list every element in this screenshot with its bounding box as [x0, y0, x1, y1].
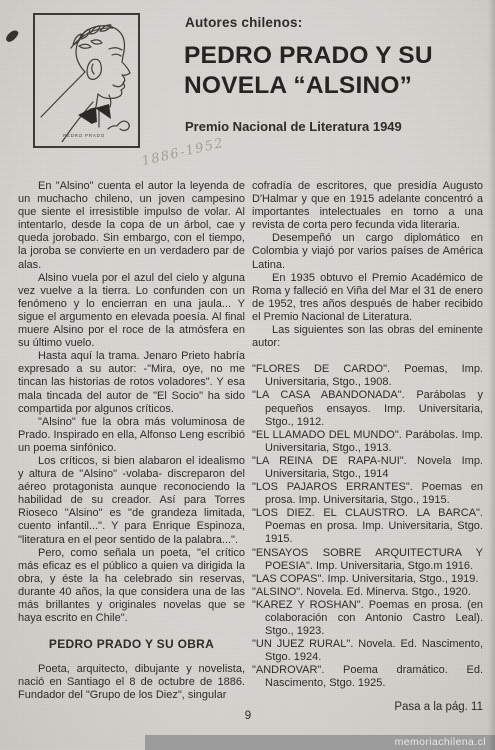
portrait-sketch: PEDRO PRADO [35, 15, 134, 142]
watermark-text: memoriachilena.cl [395, 736, 486, 748]
work-entry: "ALSINO". Novela. Ed. Minerva. Stgo., 19… [252, 586, 483, 599]
article-subtitle: Premio Nacional de Literatura 1949 [185, 119, 402, 134]
section-subheading: PEDRO PRADO Y SU OBRA [18, 638, 245, 651]
handwritten-dates: 1886-1952 [140, 136, 225, 170]
work-entry: "ANDROVAR". Poema dramático. Ed. Nascime… [252, 664, 483, 690]
right-paragraphs: cofradía de escritores, que presidía Aug… [252, 180, 483, 350]
left-closing-paragraphs: Poeta, arquitecto, dibujante y novelista… [18, 663, 245, 702]
paragraph: Pero, como señala un poeta, "el crítico … [18, 547, 245, 626]
work-entry: "LOS DIEZ. EL CLAUSTRO. LA BARCA". Poema… [252, 507, 483, 546]
paragraph: En "Alsino" cuenta el autor la leyenda d… [18, 180, 245, 272]
scanned-page: PEDRO PRADO Autores chilenos: PEDRO PRAD… [0, 0, 495, 750]
watermark-bar: memoriachilena.cl [145, 735, 495, 750]
portrait-caption: PEDRO PRADO [63, 133, 105, 138]
work-entry: "ENSAYOS SOBRE ARQUITECTURA Y POESIA". I… [252, 547, 483, 573]
ink-smudge [5, 28, 20, 44]
work-entry: "LA CASA ABANDONADA". Parábolas y pequeñ… [252, 389, 483, 428]
paragraph: Alsino vuela por el azul del cielo y alg… [18, 272, 245, 351]
paragraph: Las siguientes son las obras del eminent… [252, 324, 483, 350]
article-title-line2: NOVELA “ALSINO” [184, 72, 412, 99]
paragraph: Poeta, arquitecto, dibujante y novelista… [18, 663, 245, 702]
paragraph: "Alsino" fue la obra más voluminosa de P… [18, 416, 245, 455]
paragraph: Desempeñó un cargo diplomático en Colomb… [252, 232, 483, 271]
work-entry: "LOS PAJAROS ERRANTES". Poemas en prosa.… [252, 481, 483, 507]
right-column: cofradía de escritores, que presidía Aug… [252, 180, 483, 691]
left-paragraphs: En "Alsino" cuenta el autor la leyenda d… [18, 180, 245, 625]
left-column: En "Alsino" cuenta el autor la leyenda d… [18, 180, 245, 703]
paragraph: En 1935 obtuvo el Premio Académico de Ro… [252, 272, 483, 324]
work-entry: "UN JUEZ RURAL". Novela. Ed. Nascimento,… [252, 638, 483, 664]
works-list: "FLORES DE CARDO". Poemas, Imp. Universi… [252, 363, 483, 690]
paragraph: cofradía de escritores, que presidía Aug… [252, 180, 483, 232]
paragraph: Los críticos, si bien alabaron el ideali… [18, 455, 245, 547]
page-number: 9 [240, 710, 256, 722]
section-kicker: Autores chilenos: [185, 15, 302, 30]
article-title-line1: PEDRO PRADO Y SU [184, 42, 433, 69]
article-title: PEDRO PRADO Y SUNOVELA “ALSINO” [184, 41, 484, 100]
continuation-note: Pasa a la pág. 11 [252, 701, 483, 713]
work-entry: "LA REINA DE RAPA-NUI". Novela Imp. Univ… [252, 455, 483, 481]
work-entry: "LAS COPAS". Imp. Universitaria, Stgo., … [252, 573, 483, 586]
work-entry: "EL LLAMADO DEL MUNDO". Parábolas. Imp. … [252, 429, 483, 455]
portrait-frame: PEDRO PRADO [33, 13, 140, 148]
work-entry: "FLORES DE CARDO". Poemas, Imp. Universi… [252, 363, 483, 389]
work-entry: "KAREZ Y ROSHAN". Poemas en prosa. (en c… [252, 599, 483, 638]
paragraph: Hasta aquí la trama. Jenaro Prieto habrí… [18, 350, 245, 415]
